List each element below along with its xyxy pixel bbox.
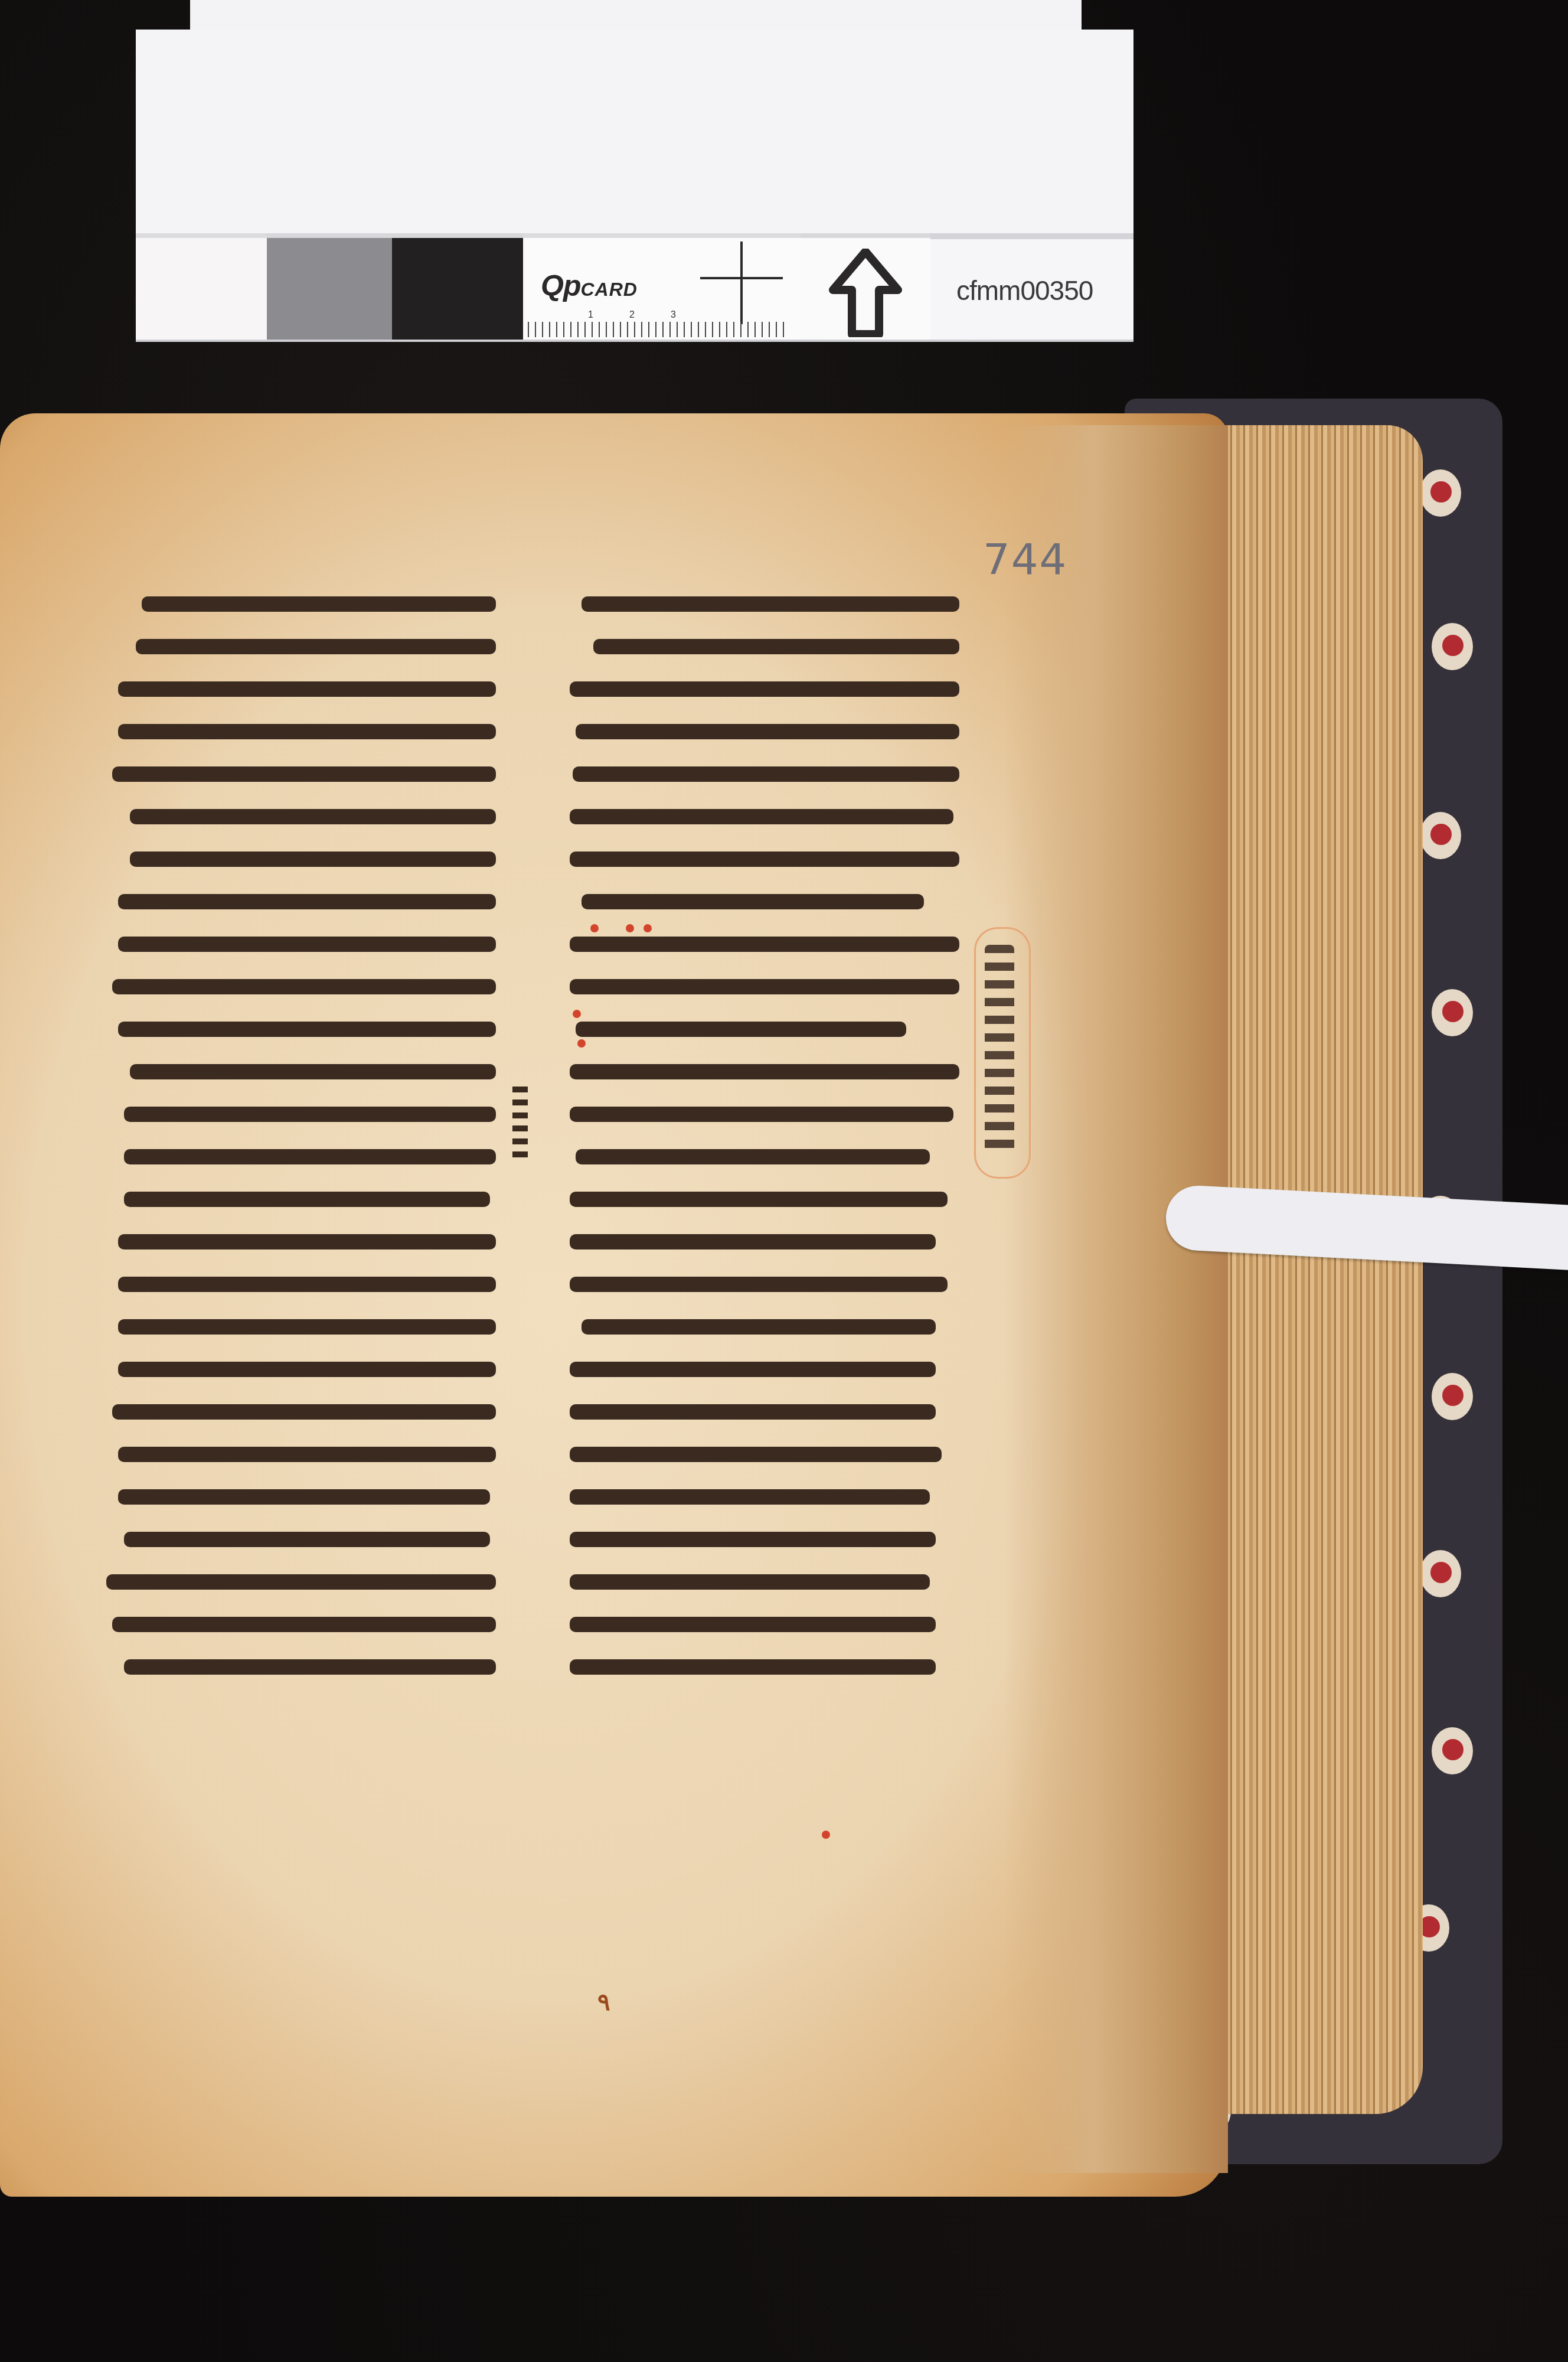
text-line [106, 1447, 514, 1463]
scale-label-2: 2 [629, 310, 635, 321]
cm-ruler [528, 322, 789, 337]
text-line [106, 1149, 514, 1166]
text-line [106, 1532, 514, 1548]
text-line [570, 1362, 977, 1378]
text-line [570, 1192, 977, 1208]
text-line [106, 1064, 514, 1081]
text-column-right [570, 596, 977, 1702]
text-line [570, 1149, 977, 1166]
text-line [106, 894, 514, 911]
text-line [106, 1319, 514, 1336]
folio-number: 744 [983, 534, 1067, 584]
text-line [106, 809, 514, 826]
crosshair-icon [740, 242, 743, 324]
shelfmark-label: cfmm00350 [956, 275, 1093, 306]
text-line [570, 1617, 977, 1633]
text-line [570, 639, 977, 655]
text-line [106, 596, 514, 613]
text-line [106, 1362, 514, 1378]
text-line [570, 852, 977, 868]
text-line [570, 937, 977, 953]
rubric-dot [626, 924, 634, 932]
text-line [570, 766, 977, 783]
text-line [570, 1489, 977, 1506]
text-line [106, 766, 514, 783]
rubric-dot [573, 1010, 581, 1018]
text-line [106, 639, 514, 655]
text-line [570, 596, 977, 613]
gray-patch [267, 233, 392, 340]
calibration-strip: QpCARD 1 2 3 cfmm00350 [136, 233, 1133, 340]
inter-column-note [512, 1087, 528, 1163]
scale-label-3: 3 [671, 310, 676, 321]
text-line [106, 1574, 514, 1591]
text-line [106, 1234, 514, 1251]
text-line [570, 1574, 977, 1591]
text-line [570, 1234, 977, 1251]
text-line [570, 979, 977, 996]
text-line [570, 1659, 977, 1676]
text-line [106, 1489, 514, 1506]
page-edge-stain [1004, 425, 1228, 2173]
text-line [106, 937, 514, 953]
text-line [106, 1404, 514, 1421]
text-line [570, 1064, 977, 1081]
shelfmark-panel: cfmm00350 [930, 233, 1133, 340]
text-line [570, 809, 977, 826]
text-line [570, 1404, 977, 1421]
rubric-dot [822, 1831, 830, 1839]
text-line [106, 1107, 514, 1123]
white-patch [136, 233, 267, 340]
text-line [106, 724, 514, 740]
text-line [106, 681, 514, 698]
text-line [570, 1319, 977, 1336]
text-line [570, 1277, 977, 1293]
text-column-left [106, 596, 514, 1702]
text-line [106, 852, 514, 868]
text-line [106, 1192, 514, 1208]
up-arrow-icon [827, 249, 904, 337]
black-patch [392, 233, 523, 340]
page-number: ٩ [597, 1989, 610, 2016]
qpcard-logo-panel: QpCARD 1 2 3 [523, 233, 801, 340]
scale-label-1: 1 [588, 310, 593, 321]
text-line [570, 681, 977, 698]
text-line [570, 724, 977, 740]
calibration-card-back-sheet [190, 0, 1082, 33]
text-line [106, 1022, 514, 1038]
rubric-dot [590, 924, 599, 932]
margin-note-text [985, 945, 1014, 1157]
orientation-arrow-panel [801, 233, 930, 340]
text-line [570, 894, 977, 911]
text-line [570, 1447, 977, 1463]
qpcard-logo: QpCARD [541, 269, 638, 303]
rubric-dot [643, 924, 652, 932]
crosshair-icon-h [700, 277, 783, 279]
text-line [570, 1022, 977, 1038]
text-line [106, 1659, 514, 1676]
rubric-dot [577, 1039, 586, 1048]
text-line [106, 1617, 514, 1633]
text-line [106, 979, 514, 996]
text-line [570, 1532, 977, 1548]
text-line [570, 1107, 977, 1123]
text-line [106, 1277, 514, 1293]
